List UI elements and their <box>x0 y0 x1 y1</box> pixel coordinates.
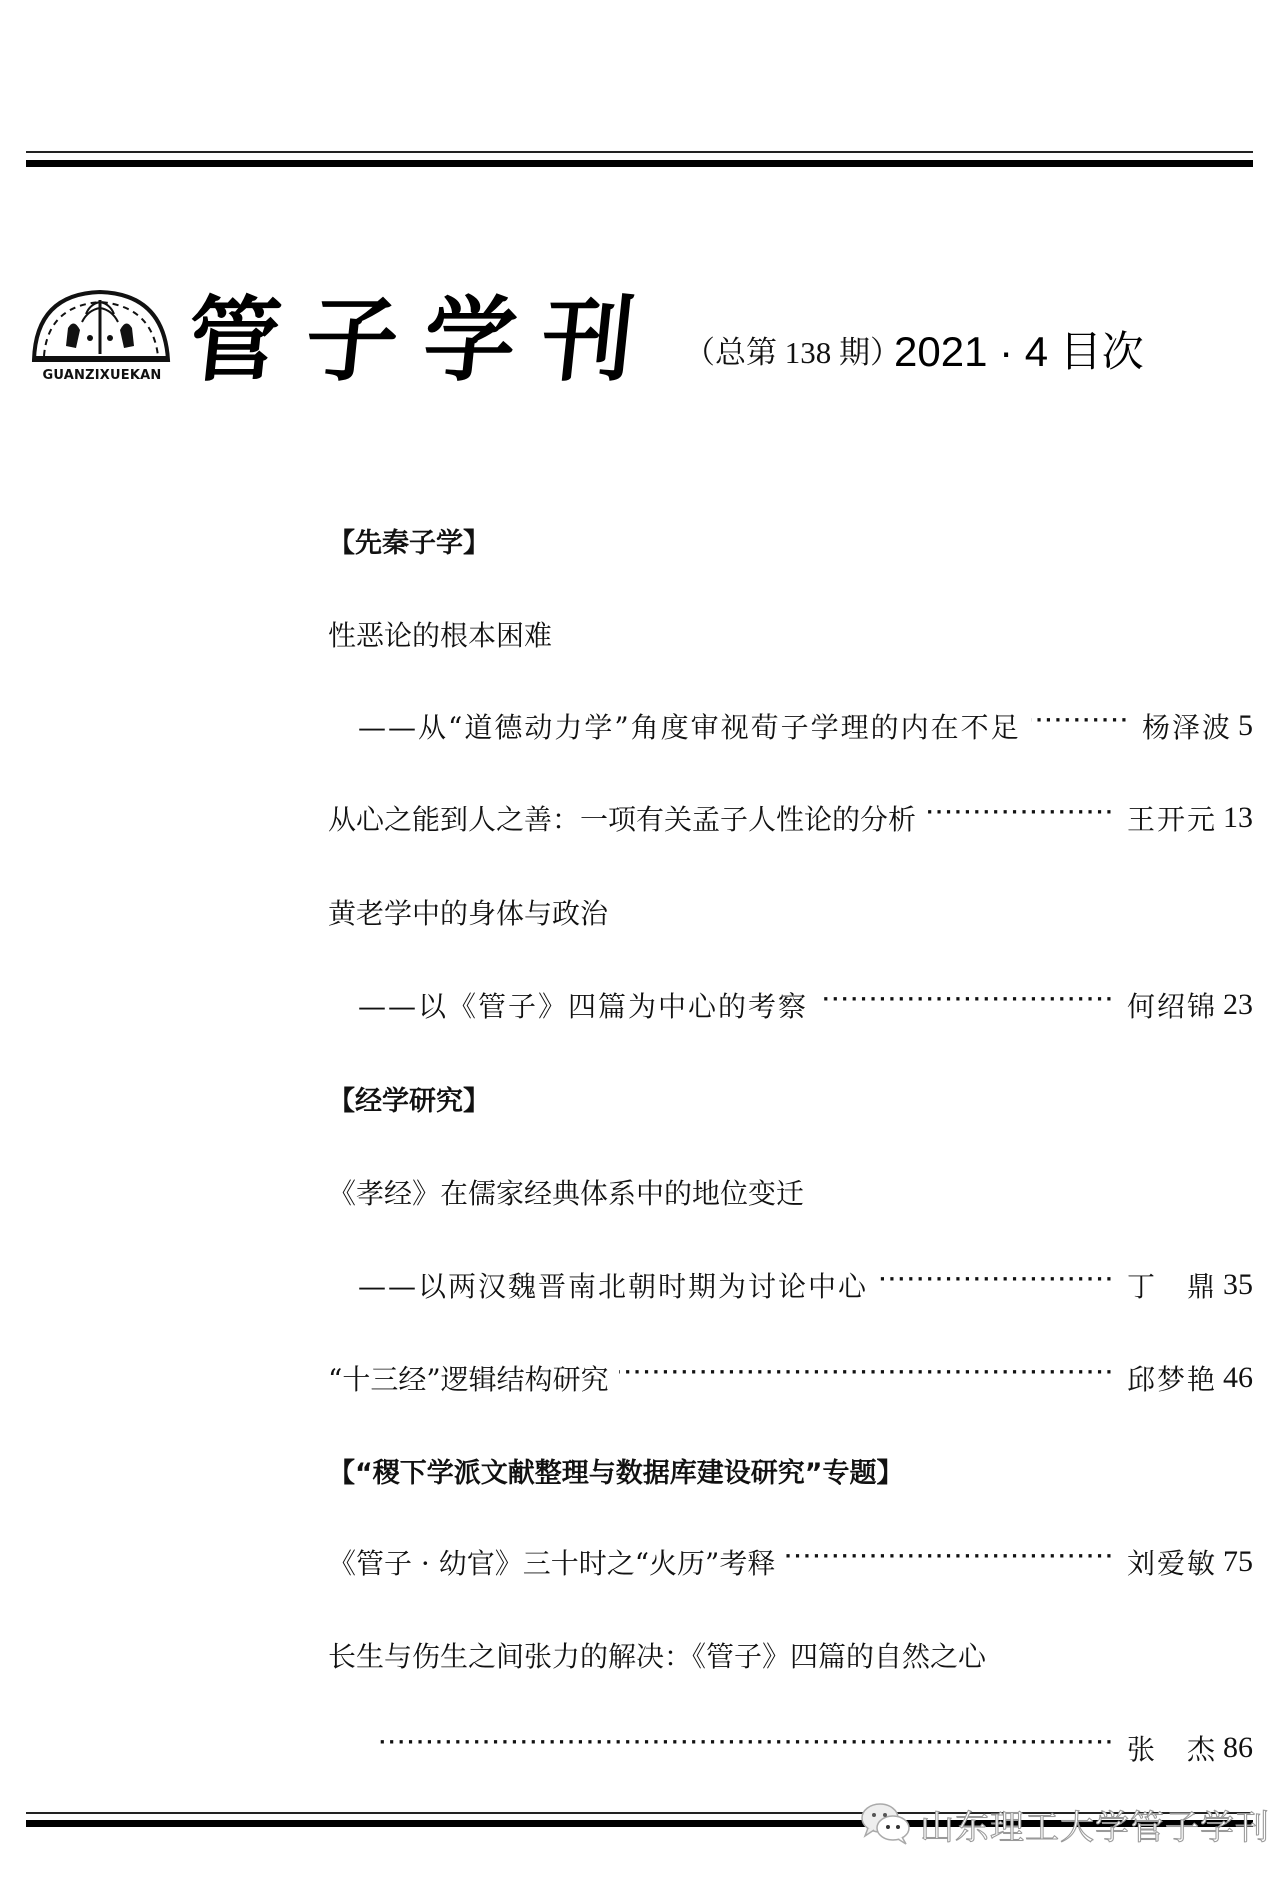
toc-entry[interactable]: ——从“道德动力学”角度审视荀子学理的内在不足 杨泽波 5 <box>358 706 1253 746</box>
section-heading-text: 【先秦子学】 <box>328 521 490 560</box>
article-author: 张 杰 <box>1127 1728 1217 1768</box>
article-title[interactable]: 长生与伤生之间张力的解决：《管子》四篇的自然之心 <box>328 1635 1253 1675</box>
article-title-text: 《孝经》在儒家经典体系中的地位变迁 <box>328 1172 804 1212</box>
issue-date-heading: 2021 · 4 目次 <box>894 324 1144 380</box>
page-number: 75 <box>1223 1545 1253 1579</box>
article-title-text: “十三经”逻辑结构研究 <box>328 1358 609 1398</box>
page-number: 23 <box>1223 988 1253 1022</box>
article-subtitle: ——从“道德动力学”角度审视荀子学理的内在不足 <box>358 706 1021 746</box>
article-title[interactable]: 黄老学中的身体与政治 <box>328 892 1253 932</box>
section-heading: 【经学研究】 <box>328 1078 1253 1118</box>
article-author: 王开元 <box>1127 798 1217 838</box>
article-author: 杨泽波 <box>1142 706 1232 746</box>
issue-total-number: （总第 138 期） <box>684 330 901 376</box>
article-author: 丁 鼎 <box>1127 1265 1217 1305</box>
dot-leader <box>926 804 1115 832</box>
article-author: 何绍锦 <box>1127 985 1217 1025</box>
toc-entry[interactable]: ——以两汉魏晋南北朝时期为讨论中心 丁 鼎 35 <box>358 1265 1253 1305</box>
article-author: 邱梦艳 <box>1127 1358 1217 1398</box>
dot-leader <box>1031 712 1130 740</box>
logo-caption: GUANZIXUEKAN <box>32 368 172 383</box>
page-number: 13 <box>1223 801 1253 835</box>
dot-leader <box>619 1364 1115 1392</box>
page-number: 86 <box>1223 1731 1253 1765</box>
article-title-text: 从心之能到人之善：一项有关孟子人性论的分析 <box>328 798 916 838</box>
emblem-icon <box>28 288 173 368</box>
wechat-icon <box>860 1802 912 1846</box>
toc-entry[interactable]: 《管子 · 幼官》三十时之“火历”考释 刘爱敏 75 <box>328 1542 1253 1582</box>
toc-entry[interactable]: ——以《管子》四篇为中心的考察 何绍锦 23 <box>358 985 1253 1025</box>
article-title-text: 长生与伤生之间张力的解决：《管子》四篇的自然之心 <box>328 1635 986 1675</box>
article-subtitle: ——以两汉魏晋南北朝时期为讨论中心 <box>358 1265 868 1305</box>
dot-leader <box>878 1271 1115 1299</box>
article-title-text: 《管子 · 幼官》三十时之“火历”考释 <box>328 1542 775 1582</box>
top-rule-thick <box>26 160 1253 167</box>
watermark-text: 山东理工大学管子学刊 <box>920 1800 1270 1849</box>
section-heading-text: 【经学研究】 <box>328 1079 490 1118</box>
article-author: 刘爱敏 <box>1127 1542 1217 1582</box>
article-title[interactable]: 性恶论的根本困难 <box>328 614 1253 654</box>
dot-leader <box>818 991 1115 1019</box>
journal-title-calligraphy: 管子学刊 <box>182 280 667 400</box>
top-rule-thin <box>26 151 1253 153</box>
dot-leader <box>785 1548 1115 1576</box>
section-heading-text: 【“稷下学派文献整理与数据库建设研究”专题】 <box>328 1451 904 1490</box>
page-number: 35 <box>1223 1268 1253 1302</box>
wechat-watermark: 山东理工大学管子学刊 <box>860 1802 1270 1846</box>
toc-entry[interactable]: 张 杰 86 <box>380 1728 1253 1768</box>
toc-entry[interactable]: “十三经”逻辑结构研究 邱梦艳 46 <box>328 1358 1253 1398</box>
article-title[interactable]: 《孝经》在儒家经典体系中的地位变迁 <box>328 1172 1253 1212</box>
section-heading: 【先秦子学】 <box>328 520 1253 560</box>
section-heading: 【“稷下学派文献整理与数据库建设研究”专题】 <box>328 1450 1253 1490</box>
dot-leader <box>380 1734 1115 1762</box>
article-subtitle: ——以《管子》四篇为中心的考察 <box>358 985 808 1025</box>
article-title-text: 性恶论的根本困难 <box>328 614 552 654</box>
toc-entry[interactable]: 从心之能到人之善：一项有关孟子人性论的分析 王开元 13 <box>328 798 1253 838</box>
page-number: 46 <box>1223 1361 1253 1395</box>
page-number: 5 <box>1238 709 1253 743</box>
article-title-text: 黄老学中的身体与政治 <box>328 892 608 932</box>
